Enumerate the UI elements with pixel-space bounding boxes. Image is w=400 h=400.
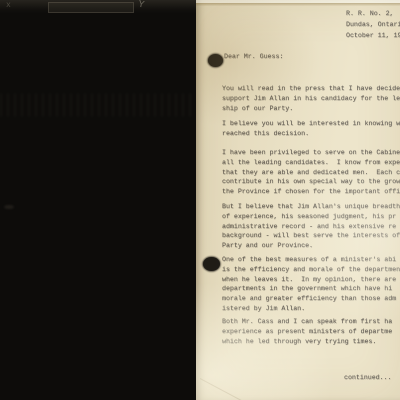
paper-top-edge-shadow — [196, 3, 400, 6]
scanned-letter-photo: Y x R. R. No. 2, Dundas, Ontari October … — [0, 0, 400, 400]
letter-paragraph: One of the best measures of a minister's… — [222, 255, 400, 314]
letter-greeting: Dear Mr. Guess: — [224, 52, 283, 62]
scanner-bed-speck — [4, 205, 14, 209]
letter-paragraph: You will read in the press that I have d… — [222, 84, 400, 113]
paper-crease — [200, 378, 243, 400]
letter-header-address-date: R. R. No. 2, Dundas, Ontari October 11, … — [346, 8, 400, 41]
hole-punch-bottom — [203, 257, 220, 271]
scratch-mark: x — [6, 1, 11, 10]
letter-paragraph: Both Mr. Cass and I can speak from first… — [222, 317, 392, 346]
bleed-through-texture — [0, 93, 196, 117]
letter-paragraph: I believe you will be interested in know… — [222, 119, 400, 139]
letter-paper: R. R. No. 2, Dundas, Ontari October 11, … — [196, 0, 400, 400]
hole-punch-top — [208, 54, 223, 67]
scanner-bed-smudge-rect — [48, 2, 134, 13]
continued-note: continued... — [344, 373, 391, 383]
letter-paragraph: But I believe that Jim Allan's unique br… — [222, 202, 400, 251]
letter-paragraph: I have been privileged to serve on the C… — [222, 148, 400, 197]
